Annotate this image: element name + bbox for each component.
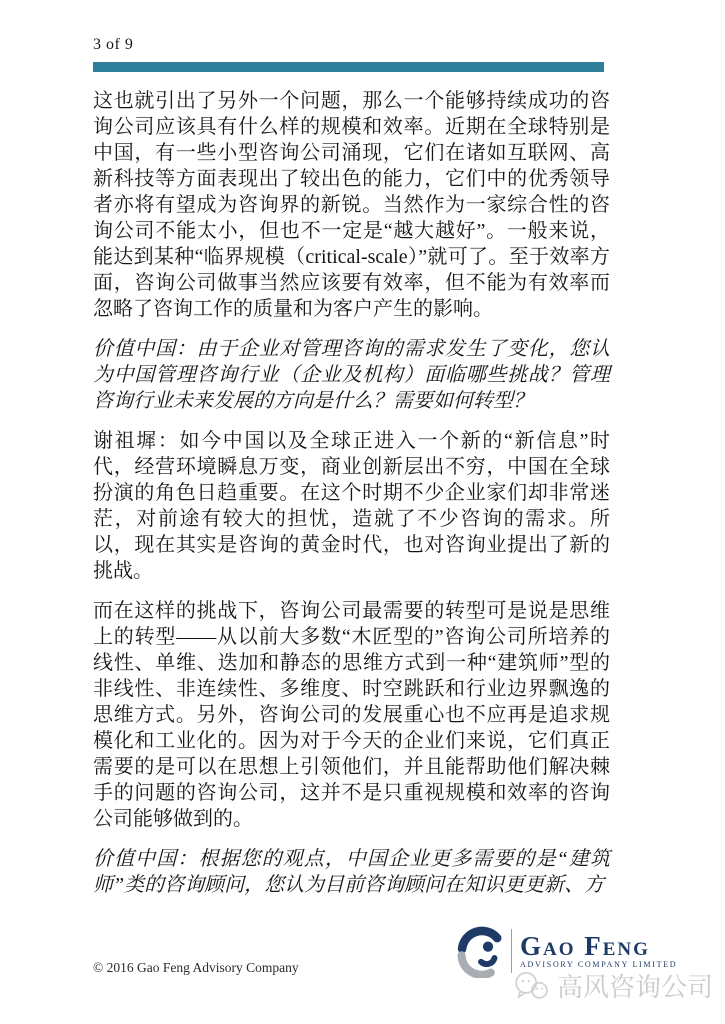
document-page: 3 of 9 这也就引出了另外一个问题，那么一个能够持续成功的咨询公司应该具有什… — [0, 0, 725, 1024]
brand-subtitle: ADVISORY COMPANY LIMITED — [520, 960, 677, 969]
brand-name: Gao Feng — [520, 933, 677, 959]
logo-divider — [511, 929, 512, 973]
interview-answer: 而在这样的挑战下，咨询公司最需要的转型可是说是思维上的转型——从以前大多数“木匠… — [93, 598, 610, 832]
article-body: 这也就引出了另外一个问题，那么一个能够持续成功的咨询公司应该具有什么样的规模和效… — [93, 88, 610, 912]
logo-text: Gao Feng ADVISORY COMPANY LIMITED — [520, 933, 677, 969]
copyright-notice: © 2016 Gao Feng Advisory Company — [93, 960, 299, 976]
header-divider-bar — [93, 62, 604, 72]
watermark: 高风咨询公司 — [512, 970, 713, 1004]
watermark-text: 高风咨询公司 — [557, 972, 713, 1002]
wechat-bubbles-icon — [512, 970, 552, 1004]
gaofeng-logo-mark-icon — [454, 924, 508, 978]
body-paragraph: 这也就引出了另外一个问题，那么一个能够持续成功的咨询公司应该具有什么样的规模和效… — [93, 88, 610, 322]
page-number: 3 of 9 — [93, 36, 133, 54]
interview-question: 价值中国：由于企业对管理咨询的需求发生了变化，您认为中国管理咨询行业（企业及机构… — [93, 336, 610, 414]
interview-question: 价值中国：根据您的观点，中国企业更多需要的是“建筑师”类的咨询顾问，您认为目前咨… — [93, 846, 610, 898]
interview-answer: 谢祖墀：如今中国以及全球正进入一个新的“新信息”时代，经营环境瞬息万变，商业创新… — [93, 428, 610, 584]
